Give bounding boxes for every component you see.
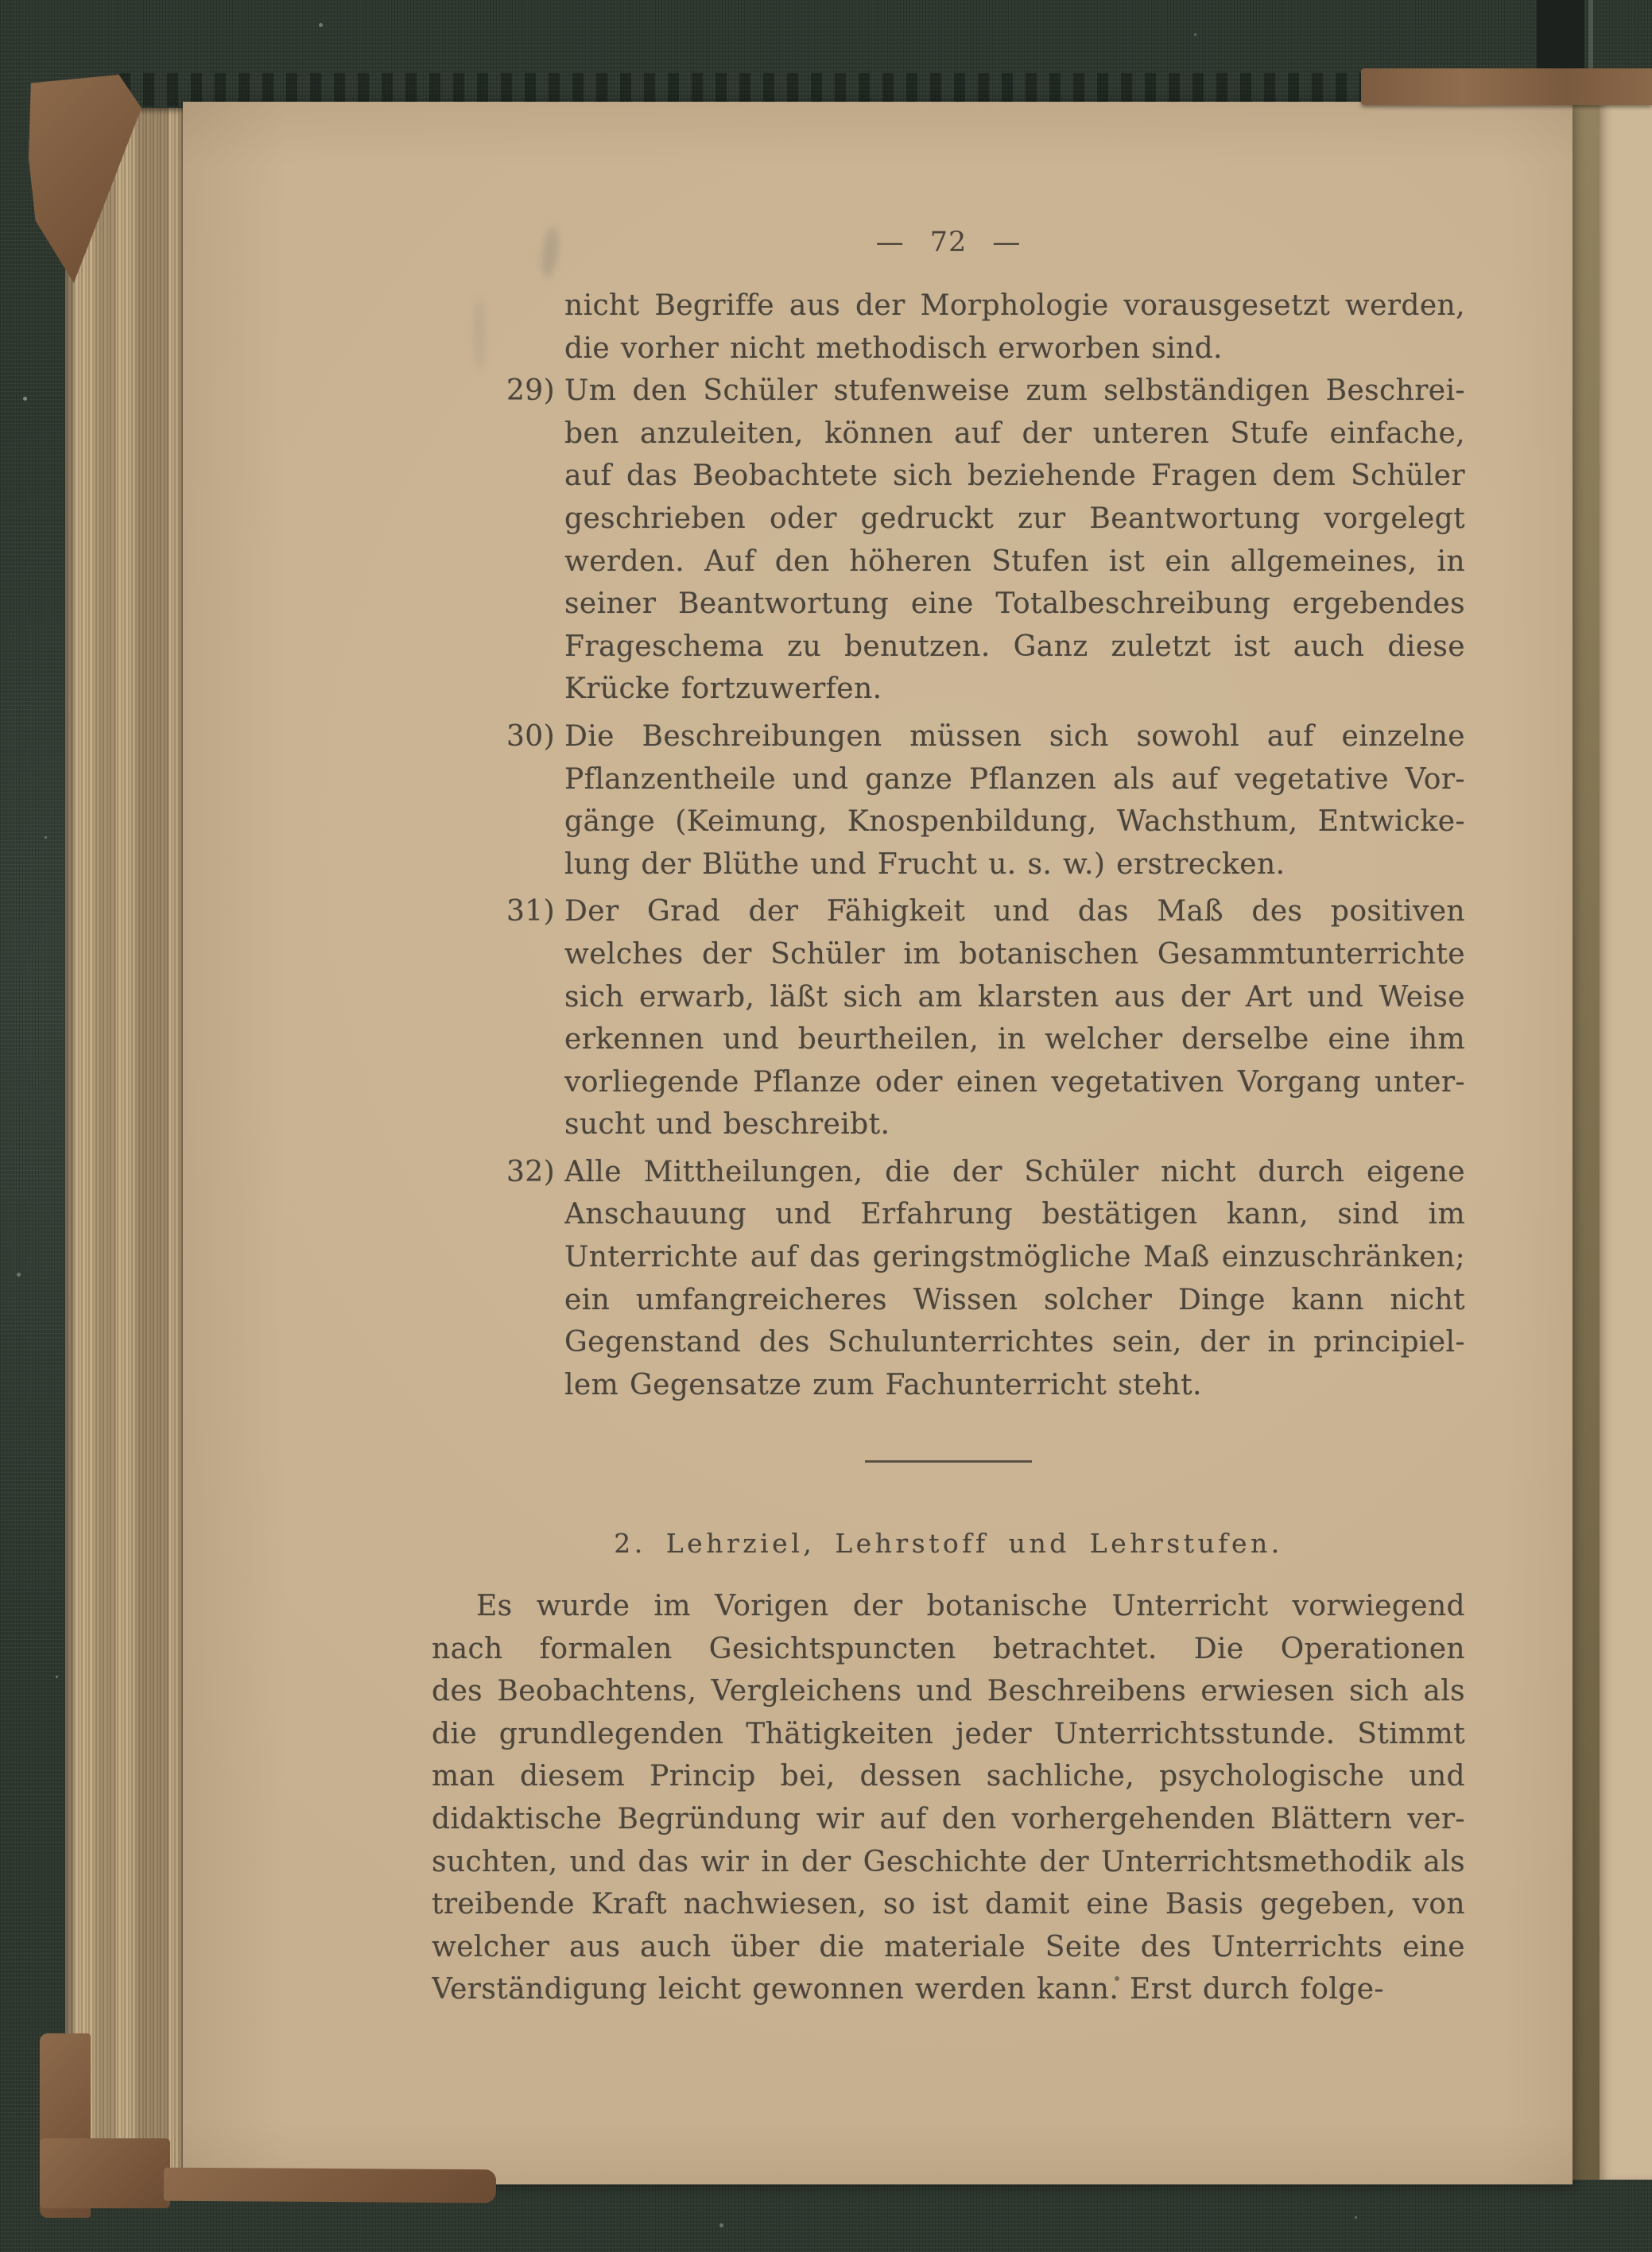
leather-corner-bottom-left — [40, 2138, 170, 2208]
text-line: lem Gegensatze zum Fachunterricht steht. — [564, 1364, 1465, 1407]
facing-page-edge — [1600, 99, 1652, 2180]
text-line: Es wurde im Vorigen der botanische Unter… — [432, 1585, 1465, 1628]
cover-groove — [1537, 0, 1584, 72]
item-number: 30) — [506, 715, 555, 758]
text-line: werden. Auf den höheren Stufen ist ein a… — [564, 541, 1465, 583]
text-line: Alle Mittheilungen, die der Schüler nich… — [564, 1151, 1465, 1194]
text-line: man diesem Princip bei, dessen sachliche… — [432, 1755, 1465, 1798]
text-line: Pflanzentheile und ganze Pflanzen als au… — [564, 758, 1465, 801]
text-line: Verständigung leicht gewonnen werden kan… — [432, 1968, 1465, 2011]
paper-smudge — [474, 297, 485, 370]
text-line: nach formalen Gesichtspuncten betrachtet… — [432, 1628, 1465, 1671]
cover-ridge-highlight — [1588, 0, 1593, 70]
text-line: suchten, und das wir in der Geschichte d… — [432, 1841, 1465, 1884]
book-scan-background: — 72 — nicht Begriffe aus der Morphologi… — [0, 0, 1652, 2252]
text-line: welcher aus auch über die materiale Seit… — [432, 1926, 1465, 1969]
text-line: sucht und beschreibt. — [564, 1103, 1465, 1146]
text-line: die grundlegenden Thätigkeiten jeder Unt… — [432, 1713, 1465, 1756]
page-gutter-shadow — [1573, 99, 1600, 2180]
text-line: ein umfangreicheres Wissen solcher Dinge… — [564, 1279, 1465, 1322]
text-line: nicht Begriffe aus der Morphologie vorau… — [564, 285, 1465, 328]
text-line: sich erwarb, läßt sich am klarsten aus d… — [564, 976, 1465, 1019]
text-block: nicht Begriffe aus der Morphologie vorau… — [564, 285, 1465, 1406]
leather-spine-band-top-right — [1361, 68, 1652, 105]
text-line: Um den Schüler stufenweise zum selbständ… — [564, 370, 1465, 413]
page-number: — 72 — — [432, 225, 1465, 260]
text-line: vorliegende Pflanze oder einen vegetativ… — [564, 1061, 1465, 1104]
list-item-29: 29) Um den Schüler stufenweise zum selbs… — [564, 370, 1465, 711]
page-block-edges — [65, 108, 186, 2191]
text-line: des Beobachtens, Vergleichens und Beschr… — [432, 1670, 1465, 1713]
book-page: — 72 — nicht Begriffe aus der Morphologi… — [183, 102, 1573, 2184]
section-paragraph: Es wurde im Vorigen der botanische Unter… — [432, 1585, 1465, 2011]
leather-bottom-strip — [164, 2168, 496, 2204]
text-line: Gegenstand des Schulunterrichtes sein, d… — [564, 1321, 1465, 1364]
text-line: Unterrichte auf das geringstmögliche Maß… — [564, 1236, 1465, 1279]
paragraph-continuation: nicht Begriffe aus der Morphologie vorau… — [564, 285, 1465, 370]
text-line: Der Grad der Fähigkeit und das Maß des p… — [564, 890, 1465, 933]
list-item-31: 31) Der Grad der Fähigkeit und das Maß d… — [564, 890, 1465, 1146]
cover-dust-flecks — [0, 0, 2, 2]
section-heading: 2. Lehrziel, Lehrstoff und Lehrstufen. — [432, 1526, 1465, 1561]
text-line: ben anzuleiten, können auf der unteren S… — [564, 413, 1465, 455]
text-line: welches der Schüler im botanischen Gesam… — [564, 933, 1465, 976]
text-line: Die Beschreibungen müssen sich sowohl au… — [564, 715, 1465, 758]
item-number: 29) — [506, 370, 555, 413]
text-line: auf das Beobachtete sich beziehende Frag… — [564, 455, 1465, 498]
text-line: Anschauung und Erfahrung bestätigen kann… — [564, 1193, 1465, 1236]
text-line: geschrieben oder gedruckt zur Beantwortu… — [564, 498, 1465, 541]
item-number: 32) — [506, 1151, 555, 1194]
list-item-32: 32) Alle Mittheilungen, die der Schüler … — [564, 1151, 1465, 1407]
text-line: die vorher nicht methodisch erworben sin… — [564, 328, 1465, 370]
text-line: Krücke fortzuwerfen. — [564, 668, 1465, 711]
text-line: didaktische Begründung wir auf den vorhe… — [432, 1798, 1465, 1841]
text-line: gänge (Keimung, Knospenbildung, Wachsthu… — [564, 800, 1465, 843]
section-divider — [865, 1460, 1032, 1463]
text-line: erkennen und beurtheilen, in welcher der… — [564, 1018, 1465, 1061]
list-item-30: 30) Die Beschreibungen müssen sich sowoh… — [564, 715, 1465, 886]
text-line: lung der Blüthe und Frucht u. s. w.) ers… — [564, 843, 1465, 886]
text-line: seiner Beantwortung eine Totalbeschreibu… — [564, 583, 1465, 626]
text-line: treibende Kraft nachwiesen, so ist damit… — [432, 1883, 1465, 1926]
item-number: 31) — [506, 890, 555, 933]
text-line: Frageschema zu benutzen. Ganz zuletzt is… — [564, 626, 1465, 669]
